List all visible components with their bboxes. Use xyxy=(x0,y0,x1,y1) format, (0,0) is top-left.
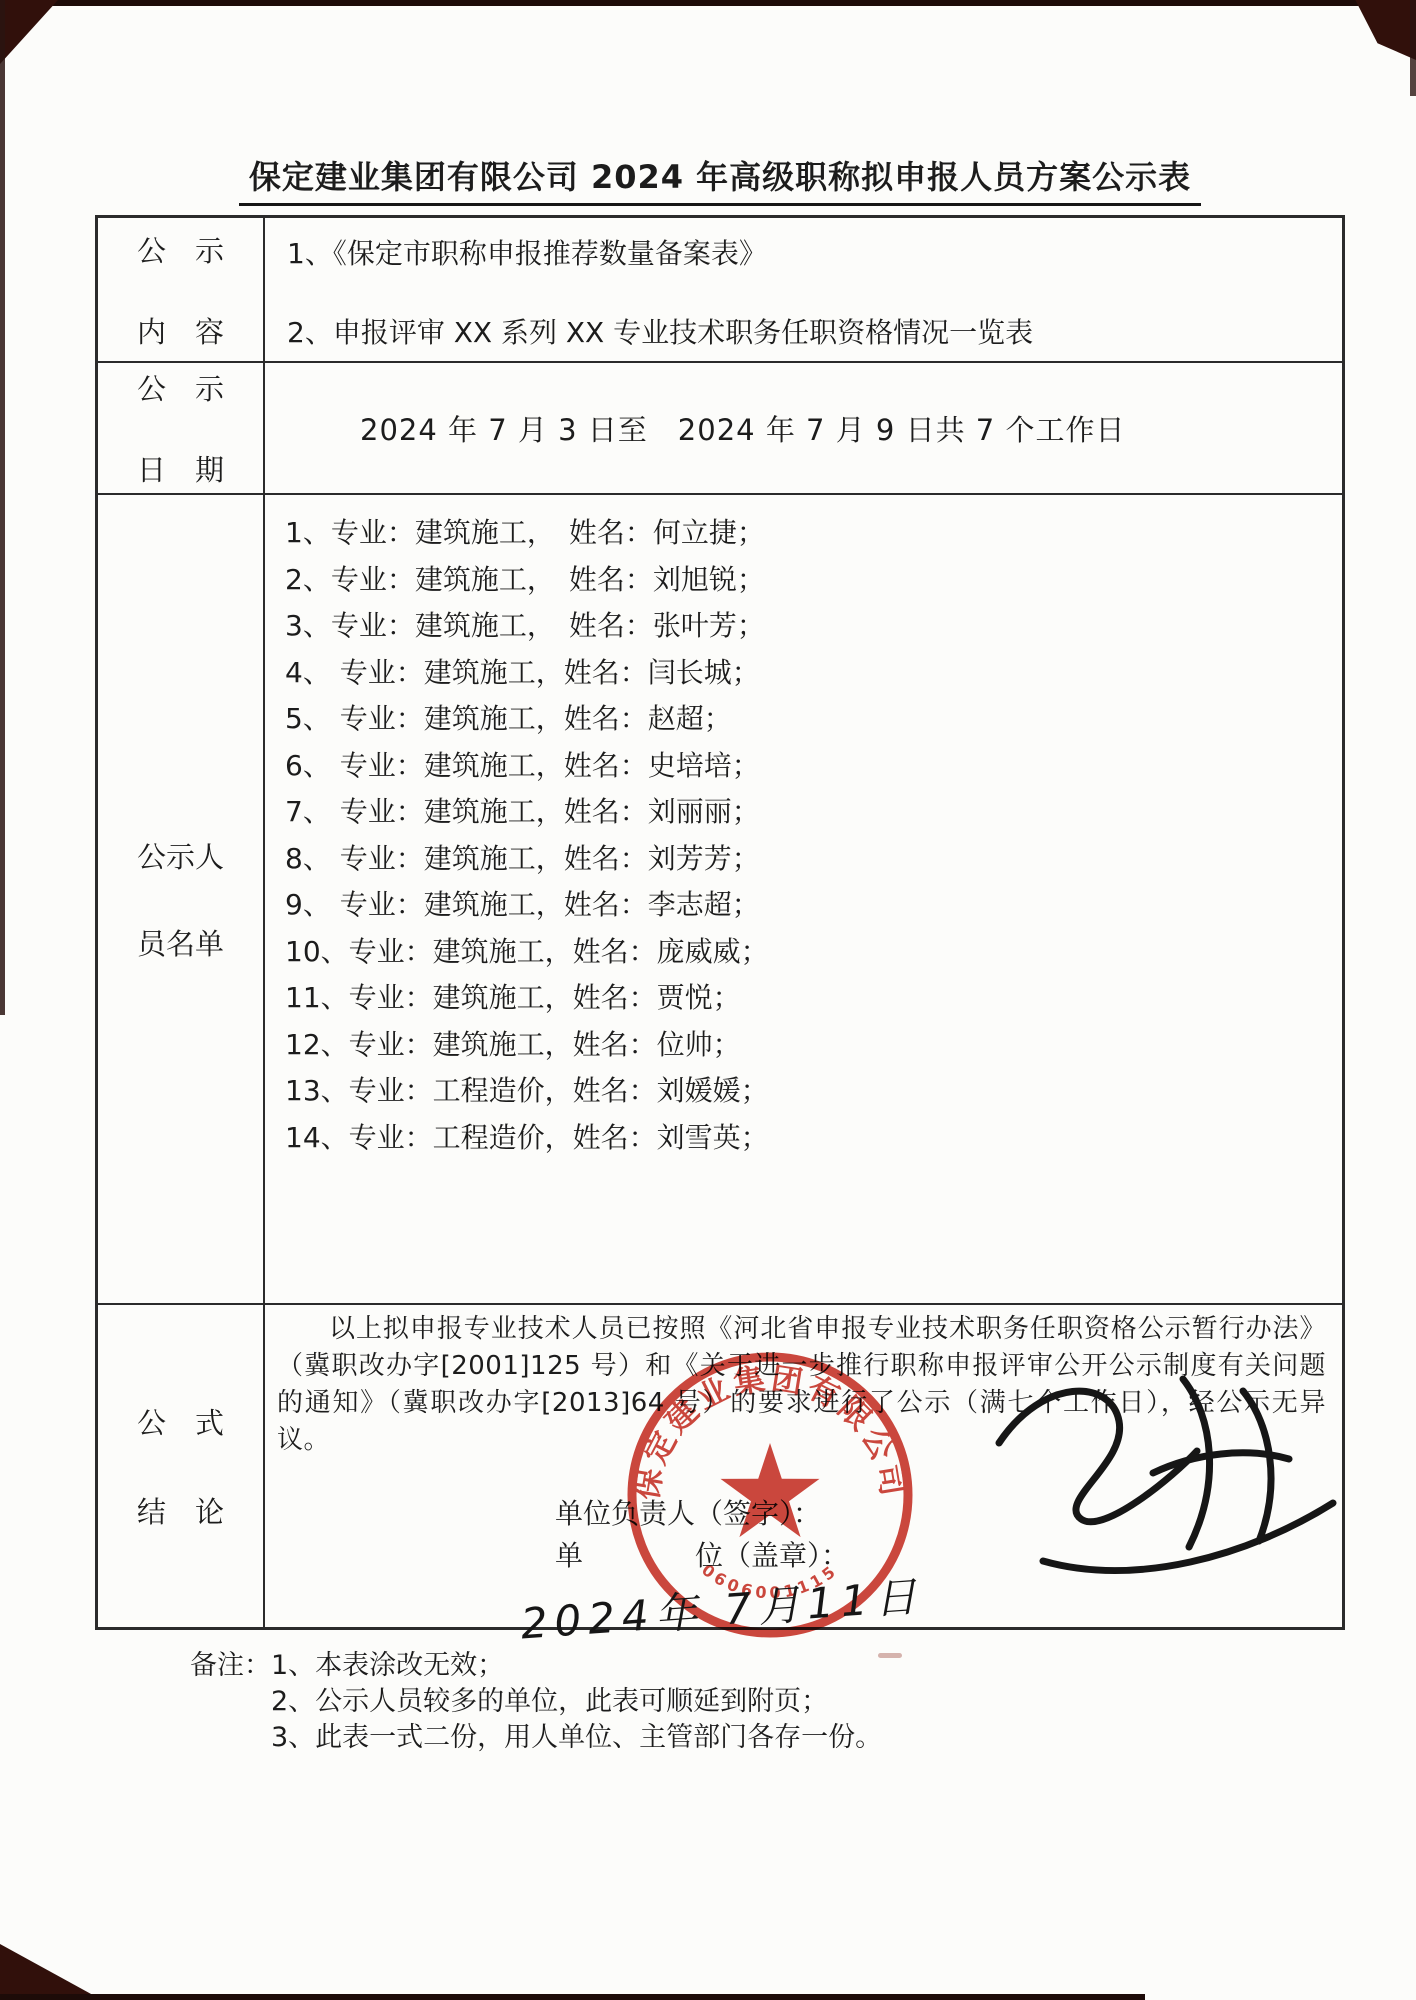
row-label-line: 结 论 xyxy=(137,1490,224,1531)
scan-corner-top-left xyxy=(0,0,58,64)
scan-edge-bottom xyxy=(0,1994,1145,2000)
row-label-line: 日 期 xyxy=(137,448,224,489)
table-row-people: 公示人 员名单 1、专业：建筑施工， 姓名：何立捷； 2、专业：建筑施工， 姓名… xyxy=(98,493,1342,1303)
note-item: 2、公示人员较多的单位，此表可顺延到附页； xyxy=(271,1684,882,1720)
row-content-cell: 1、《保定市职称申报推荐数量备案表》 2、申报评审 XX 系列 XX 专业技术职… xyxy=(265,218,1342,361)
person-entry: 5、 专业：建筑施工，姓名：赵超； xyxy=(285,696,1342,743)
person-entry: 9、 专业：建筑施工，姓名：李志超； xyxy=(285,882,1342,929)
row-label-line: 公 示 xyxy=(137,367,224,408)
scan-corner-top-right xyxy=(1342,0,1416,60)
announcement-table: 公 示 内 容 1、《保定市职称申报推荐数量备案表》 2、申报评审 XX 系列 … xyxy=(95,215,1345,1630)
notes-section: 备注： 1、本表涂改无效； 2、公示人员较多的单位，此表可顺延到附页； 3、此表… xyxy=(190,1648,882,1756)
person-entry: 6、 专业：建筑施工，姓名：史培培； xyxy=(285,743,1342,790)
content-item-1: 1、《保定市职称申报推荐数量备案表》 xyxy=(287,232,1322,272)
table-row-content: 公 示 内 容 1、《保定市职称申报推荐数量备案表》 2、申报评审 XX 系列 … xyxy=(98,218,1342,361)
row-label-content: 公 示 内 容 xyxy=(98,218,265,361)
person-entry: 12、专业：建筑施工，姓名：位帅； xyxy=(285,1022,1342,1069)
person-entry: 10、专业：建筑施工，姓名：庞威威； xyxy=(285,929,1342,976)
document-title: 保定建业集团有限公司 2024 年高级职称拟申报人员方案公示表 xyxy=(95,152,1345,206)
row-label-date: 公 示 日 期 xyxy=(98,363,265,493)
document-title-text: 保定建业集团有限公司 2024 年高级职称拟申报人员方案公示表 xyxy=(239,152,1201,206)
note-item: 1、本表涂改无效； xyxy=(271,1648,882,1684)
conclusion-paragraph: 以上拟申报专业技术人员已按照《河北省申报专业技术职务任职资格公示暂行办法》（冀职… xyxy=(277,1311,1326,1459)
scan-edge-left xyxy=(0,0,5,1015)
signer-label: 单位负责人（签字）： xyxy=(555,1493,1326,1535)
person-entry: 11、专业：建筑施工，姓名：贾悦； xyxy=(285,975,1342,1022)
content-item-2: 2、申报评审 XX 系列 XX 专业技术职务任职资格情况一览表 xyxy=(287,311,1322,351)
scanned-document-page: 保定建业集团有限公司 2024 年高级职称拟申报人员方案公示表 公 示 内 容 … xyxy=(0,0,1416,2000)
row-label-conclusion: 公 式 结 论 xyxy=(98,1305,265,1627)
date-value-cell: 2024 年 7 月 3 日至 2024 年 7 月 9 日共 7 个工作日 xyxy=(265,363,1342,493)
seal-label: 单 位（盖章）： xyxy=(555,1535,1326,1577)
row-label-line: 公 式 xyxy=(137,1401,224,1442)
conclusion-cell: 以上拟申报专业技术人员已按照《河北省申报专业技术职务任职资格公示暂行办法》（冀职… xyxy=(265,1305,1342,1627)
person-entry: 3、专业：建筑施工， 姓名：张叶芳； xyxy=(285,603,1342,650)
person-entry: 4、 专业：建筑施工，姓名：闫长城； xyxy=(285,650,1342,697)
person-entry: 8、 专业：建筑施工，姓名：刘芳芳； xyxy=(285,836,1342,883)
signature-block: 单位负责人（签字）： 单 位（盖章）： xyxy=(555,1493,1326,1577)
row-label-line: 员名单 xyxy=(137,922,224,963)
scan-edge-right-top xyxy=(1410,0,1416,96)
row-label-line: 公示人 xyxy=(137,835,224,876)
publicity-date-range: 2024 年 7 月 3 日至 2024 年 7 月 9 日共 7 个工作日 xyxy=(360,408,1125,449)
notes-list: 1、本表涂改无效； 2、公示人员较多的单位，此表可顺延到附页； 3、此表一式二份… xyxy=(271,1648,882,1756)
scan-edge-top xyxy=(0,0,1416,6)
table-row-date: 公 示 日 期 2024 年 7 月 3 日至 2024 年 7 月 9 日共 … xyxy=(98,361,1342,493)
people-list: 1、专业：建筑施工， 姓名：何立捷； 2、专业：建筑施工， 姓名：刘旭锐； 3、… xyxy=(265,495,1342,1303)
person-entry: 7、 专业：建筑施工，姓名：刘丽丽； xyxy=(285,789,1342,836)
table-row-conclusion: 公 式 结 论 以上拟申报专业技术人员已按照《河北省申报专业技术职务任职资格公示… xyxy=(98,1303,1342,1627)
row-label-line: 内 容 xyxy=(137,310,224,351)
row-label-line: 公 示 xyxy=(137,229,224,270)
person-entry: 13、专业：工程造价，姓名：刘媛媛； xyxy=(285,1068,1342,1115)
person-entry: 1、专业：建筑施工， 姓名：何立捷； xyxy=(285,510,1342,557)
notes-label: 备注： xyxy=(190,1648,271,1756)
person-entry: 2、专业：建筑施工， 姓名：刘旭锐； xyxy=(285,557,1342,604)
scan-corner-bottom-left xyxy=(0,1944,102,2000)
note-item: 3、此表一式二份，用人单位、主管部门各存一份。 xyxy=(271,1720,882,1756)
row-label-people: 公示人 员名单 xyxy=(98,495,265,1303)
person-entry: 14、专业：工程造价，姓名：刘雪英； xyxy=(285,1115,1342,1162)
